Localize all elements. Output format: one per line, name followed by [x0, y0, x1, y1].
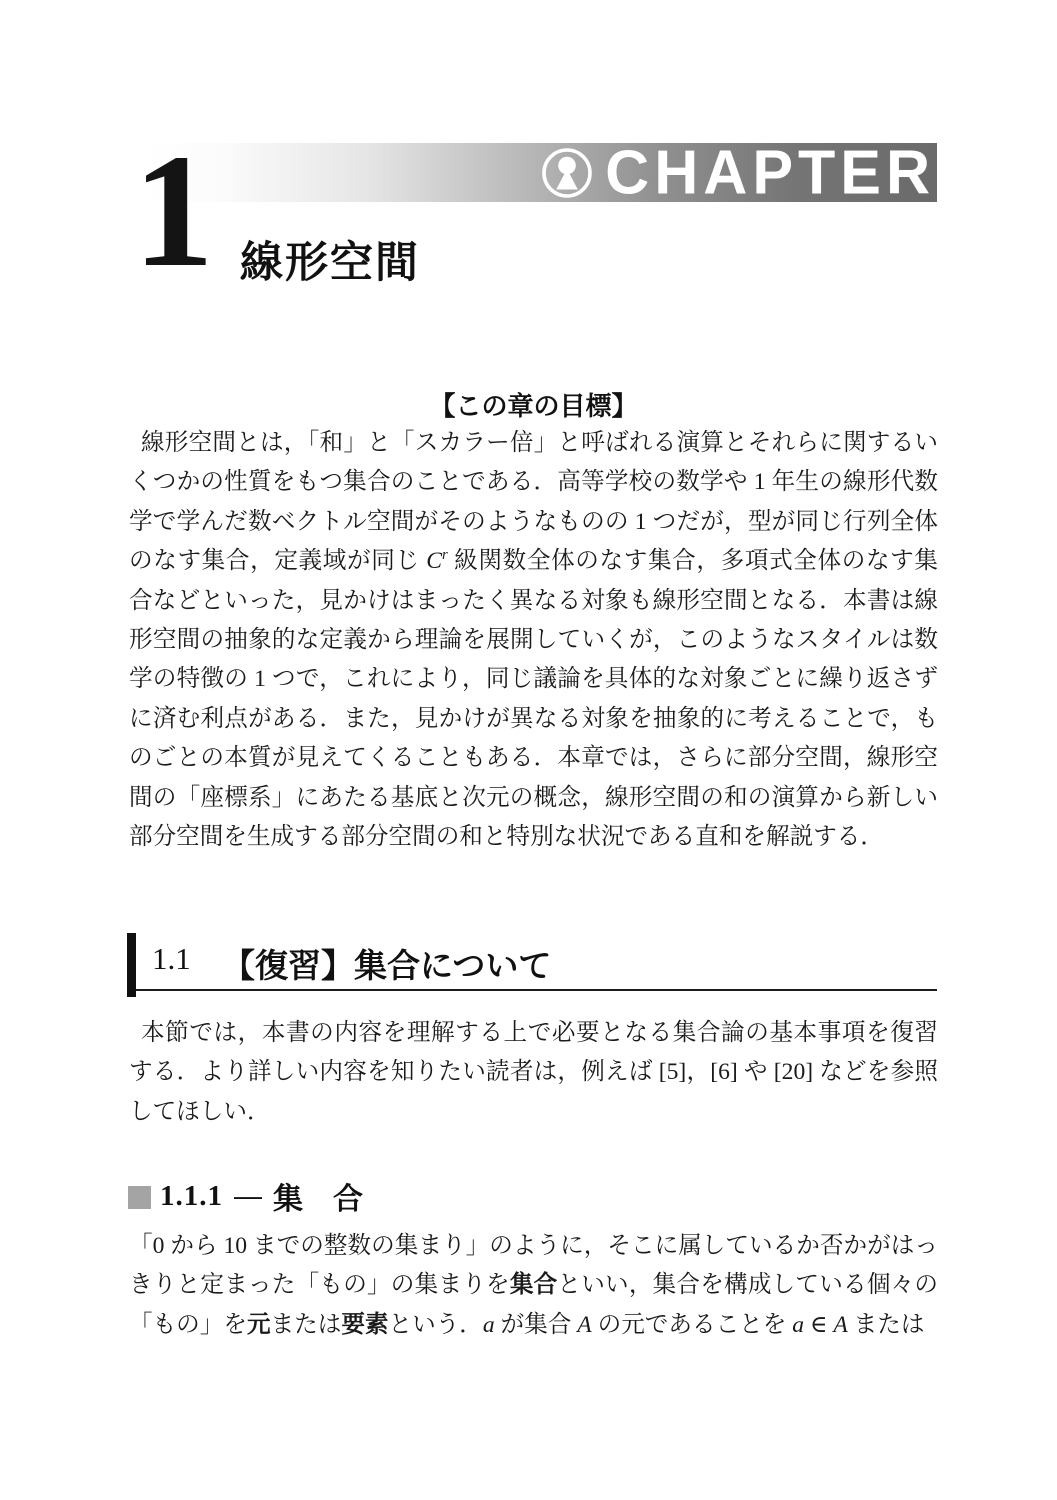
- keyhole-icon: [541, 147, 593, 199]
- subsection-number: 1.1.1: [160, 1180, 223, 1213]
- section-intro-paragraph: 本節では，本書の内容を理解する上で必要となる集合論の基本事項を復習する．より詳し…: [129, 1014, 938, 1132]
- section-heading-bar: [127, 933, 136, 997]
- goals-heading: 【この章の目標】: [129, 386, 938, 423]
- subsection-body-paragraph: 「0 から 10 までの整数の集まり」のように，そこに属しているか否かがはっきり…: [129, 1227, 938, 1345]
- goals-paragraph: 線形空間とは，「和」と「スカラー倍」と呼ばれる演算とそれらに関するいくつかの性質…: [129, 424, 938, 857]
- chapter-banner: CHAPTER: [143, 143, 937, 202]
- chapter-banner-label: CHAPTER: [605, 141, 935, 203]
- section-number: 1.1: [152, 942, 191, 976]
- section-heading-rule: [136, 989, 937, 991]
- subsection-separator-dash: ―: [234, 1180, 262, 1212]
- subsection-heading: 1.1.1 ― 集 合: [128, 1174, 363, 1218]
- chapter-number: 1: [133, 131, 214, 293]
- book-page: CHAPTER 1 線形空間 【この章の目標】 線形空間とは，「和」と「スカラー…: [0, 0, 1057, 1500]
- subsection-title: 集 合: [273, 1174, 363, 1218]
- subsection-marker-square: [128, 1186, 151, 1209]
- chapter-title: 線形空間: [240, 229, 420, 290]
- section-title: 【復習】集合について: [222, 940, 551, 987]
